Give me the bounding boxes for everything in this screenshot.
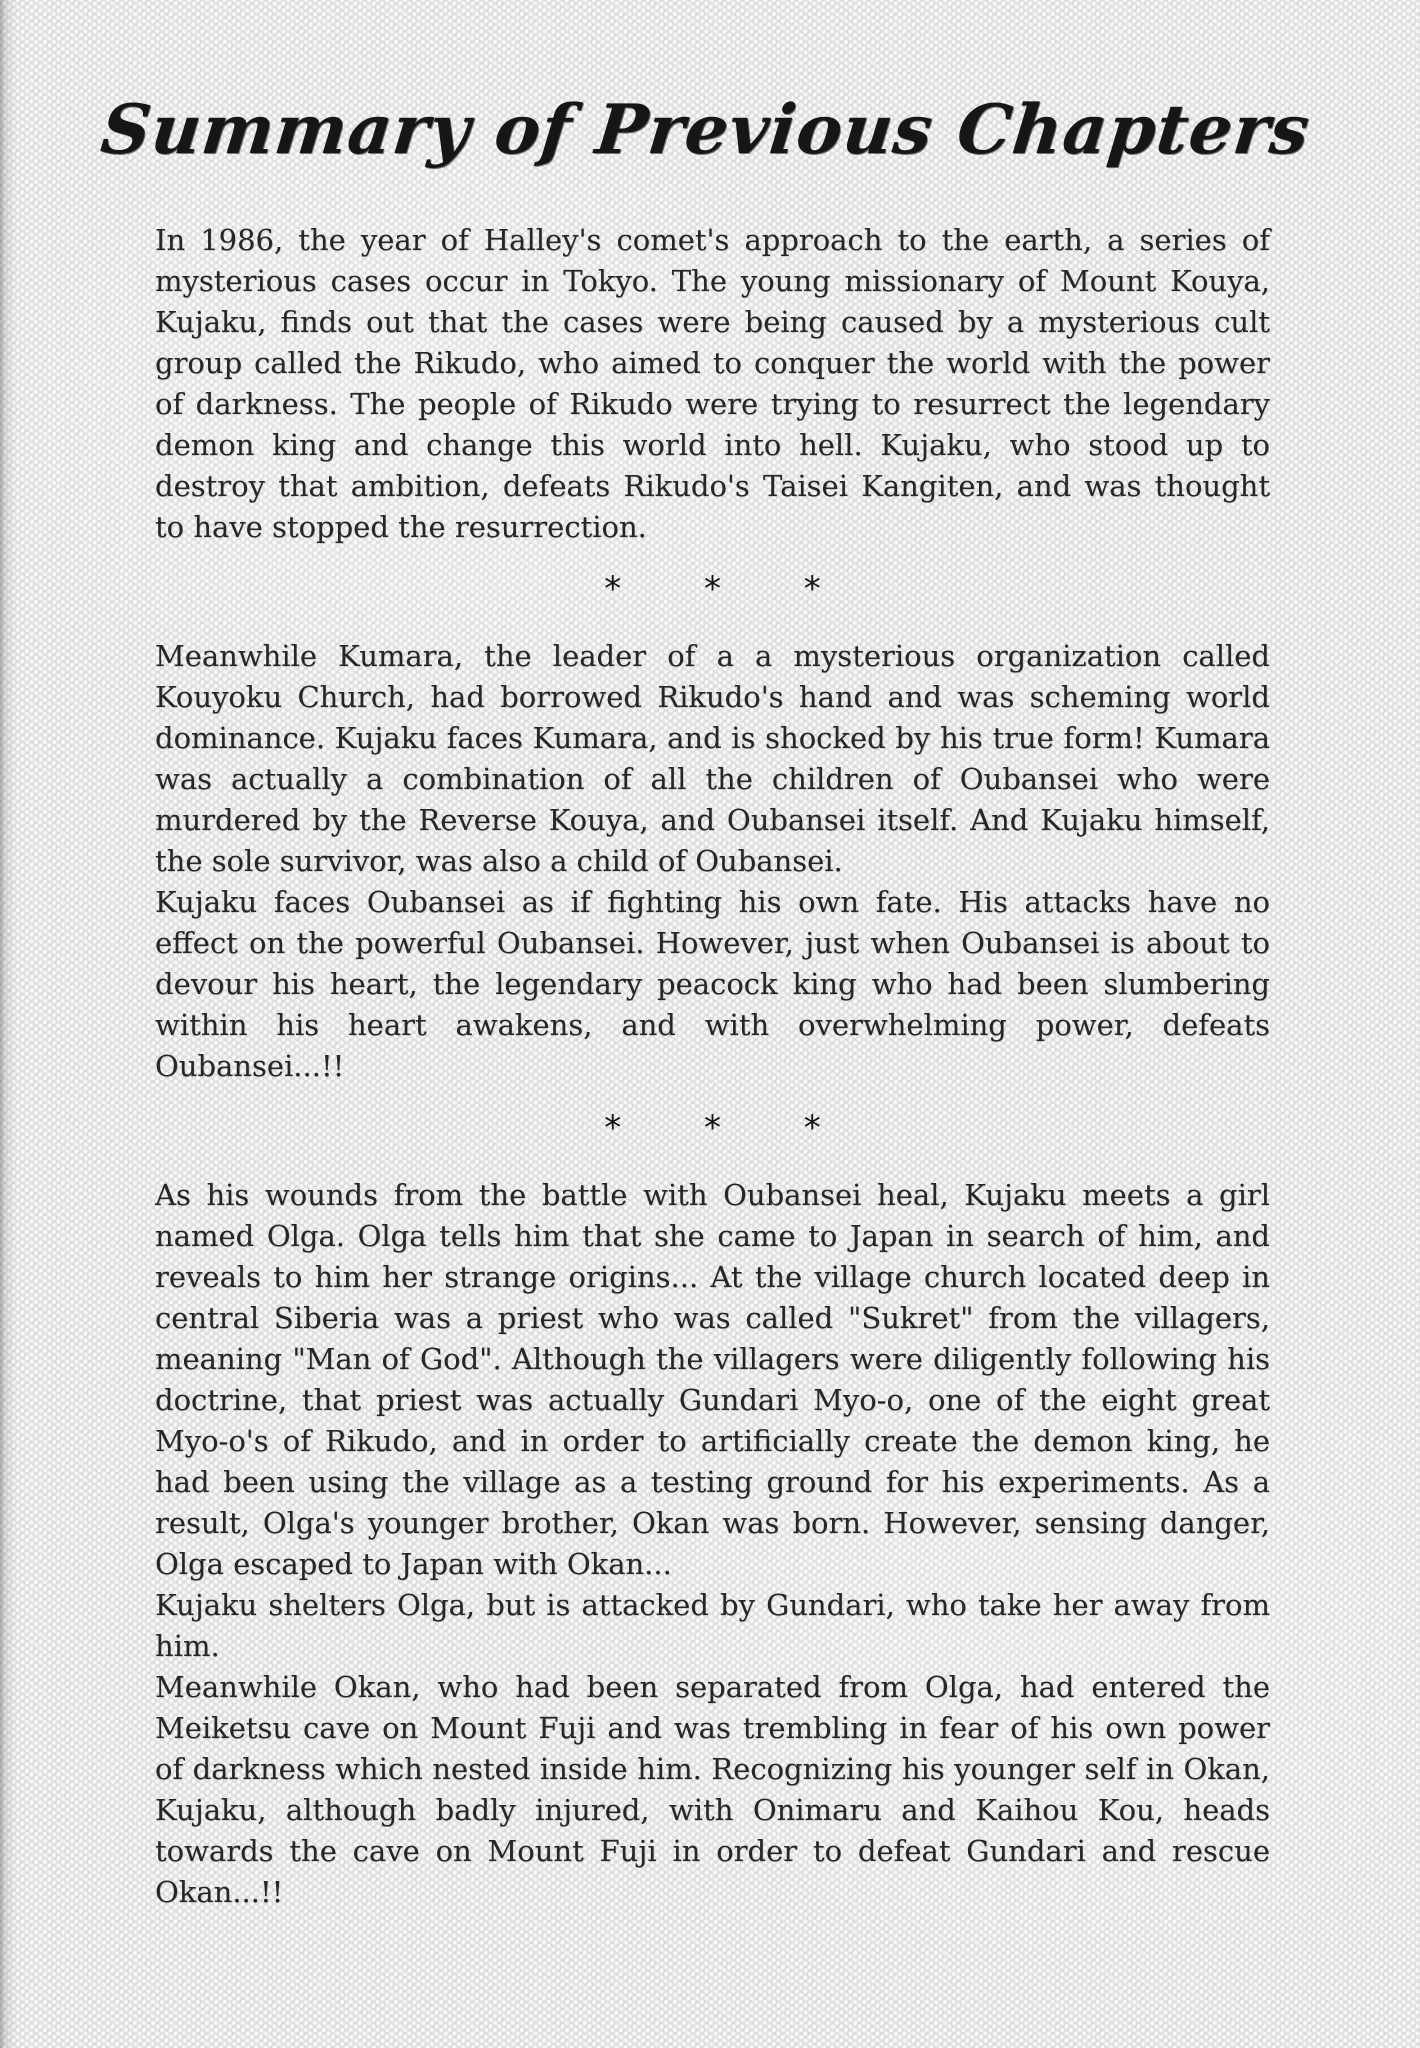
- page-title: Summary of Previous Chapters: [0, 0, 1420, 176]
- asterisk-separator: * * *: [155, 1108, 1270, 1149]
- paragraph-kumara: Meanwhile Kumara, the leader of a a myst…: [155, 636, 1270, 882]
- paragraph-okan-rescue: Meanwhile Okan, who had been separated f…: [155, 1667, 1270, 1913]
- manga-summary-page: Summary of Previous Chapters In 1986, th…: [0, 0, 1420, 2048]
- paragraph-intro-1986: In 1986, the year of Halley's comet's ap…: [155, 220, 1270, 548]
- asterisk-separator: * * *: [155, 569, 1270, 610]
- paragraph-olga-taken: Kujaku shelters Olga, but is attacked by…: [155, 1585, 1270, 1667]
- paragraph-oubansei-battle: Kujaku faces Oubansei as if fighting his…: [155, 882, 1270, 1087]
- paragraph-olga-origins: As his wounds from the battle with Ouban…: [155, 1175, 1270, 1585]
- summary-text-block: In 1986, the year of Halley's comet's ap…: [155, 220, 1270, 1913]
